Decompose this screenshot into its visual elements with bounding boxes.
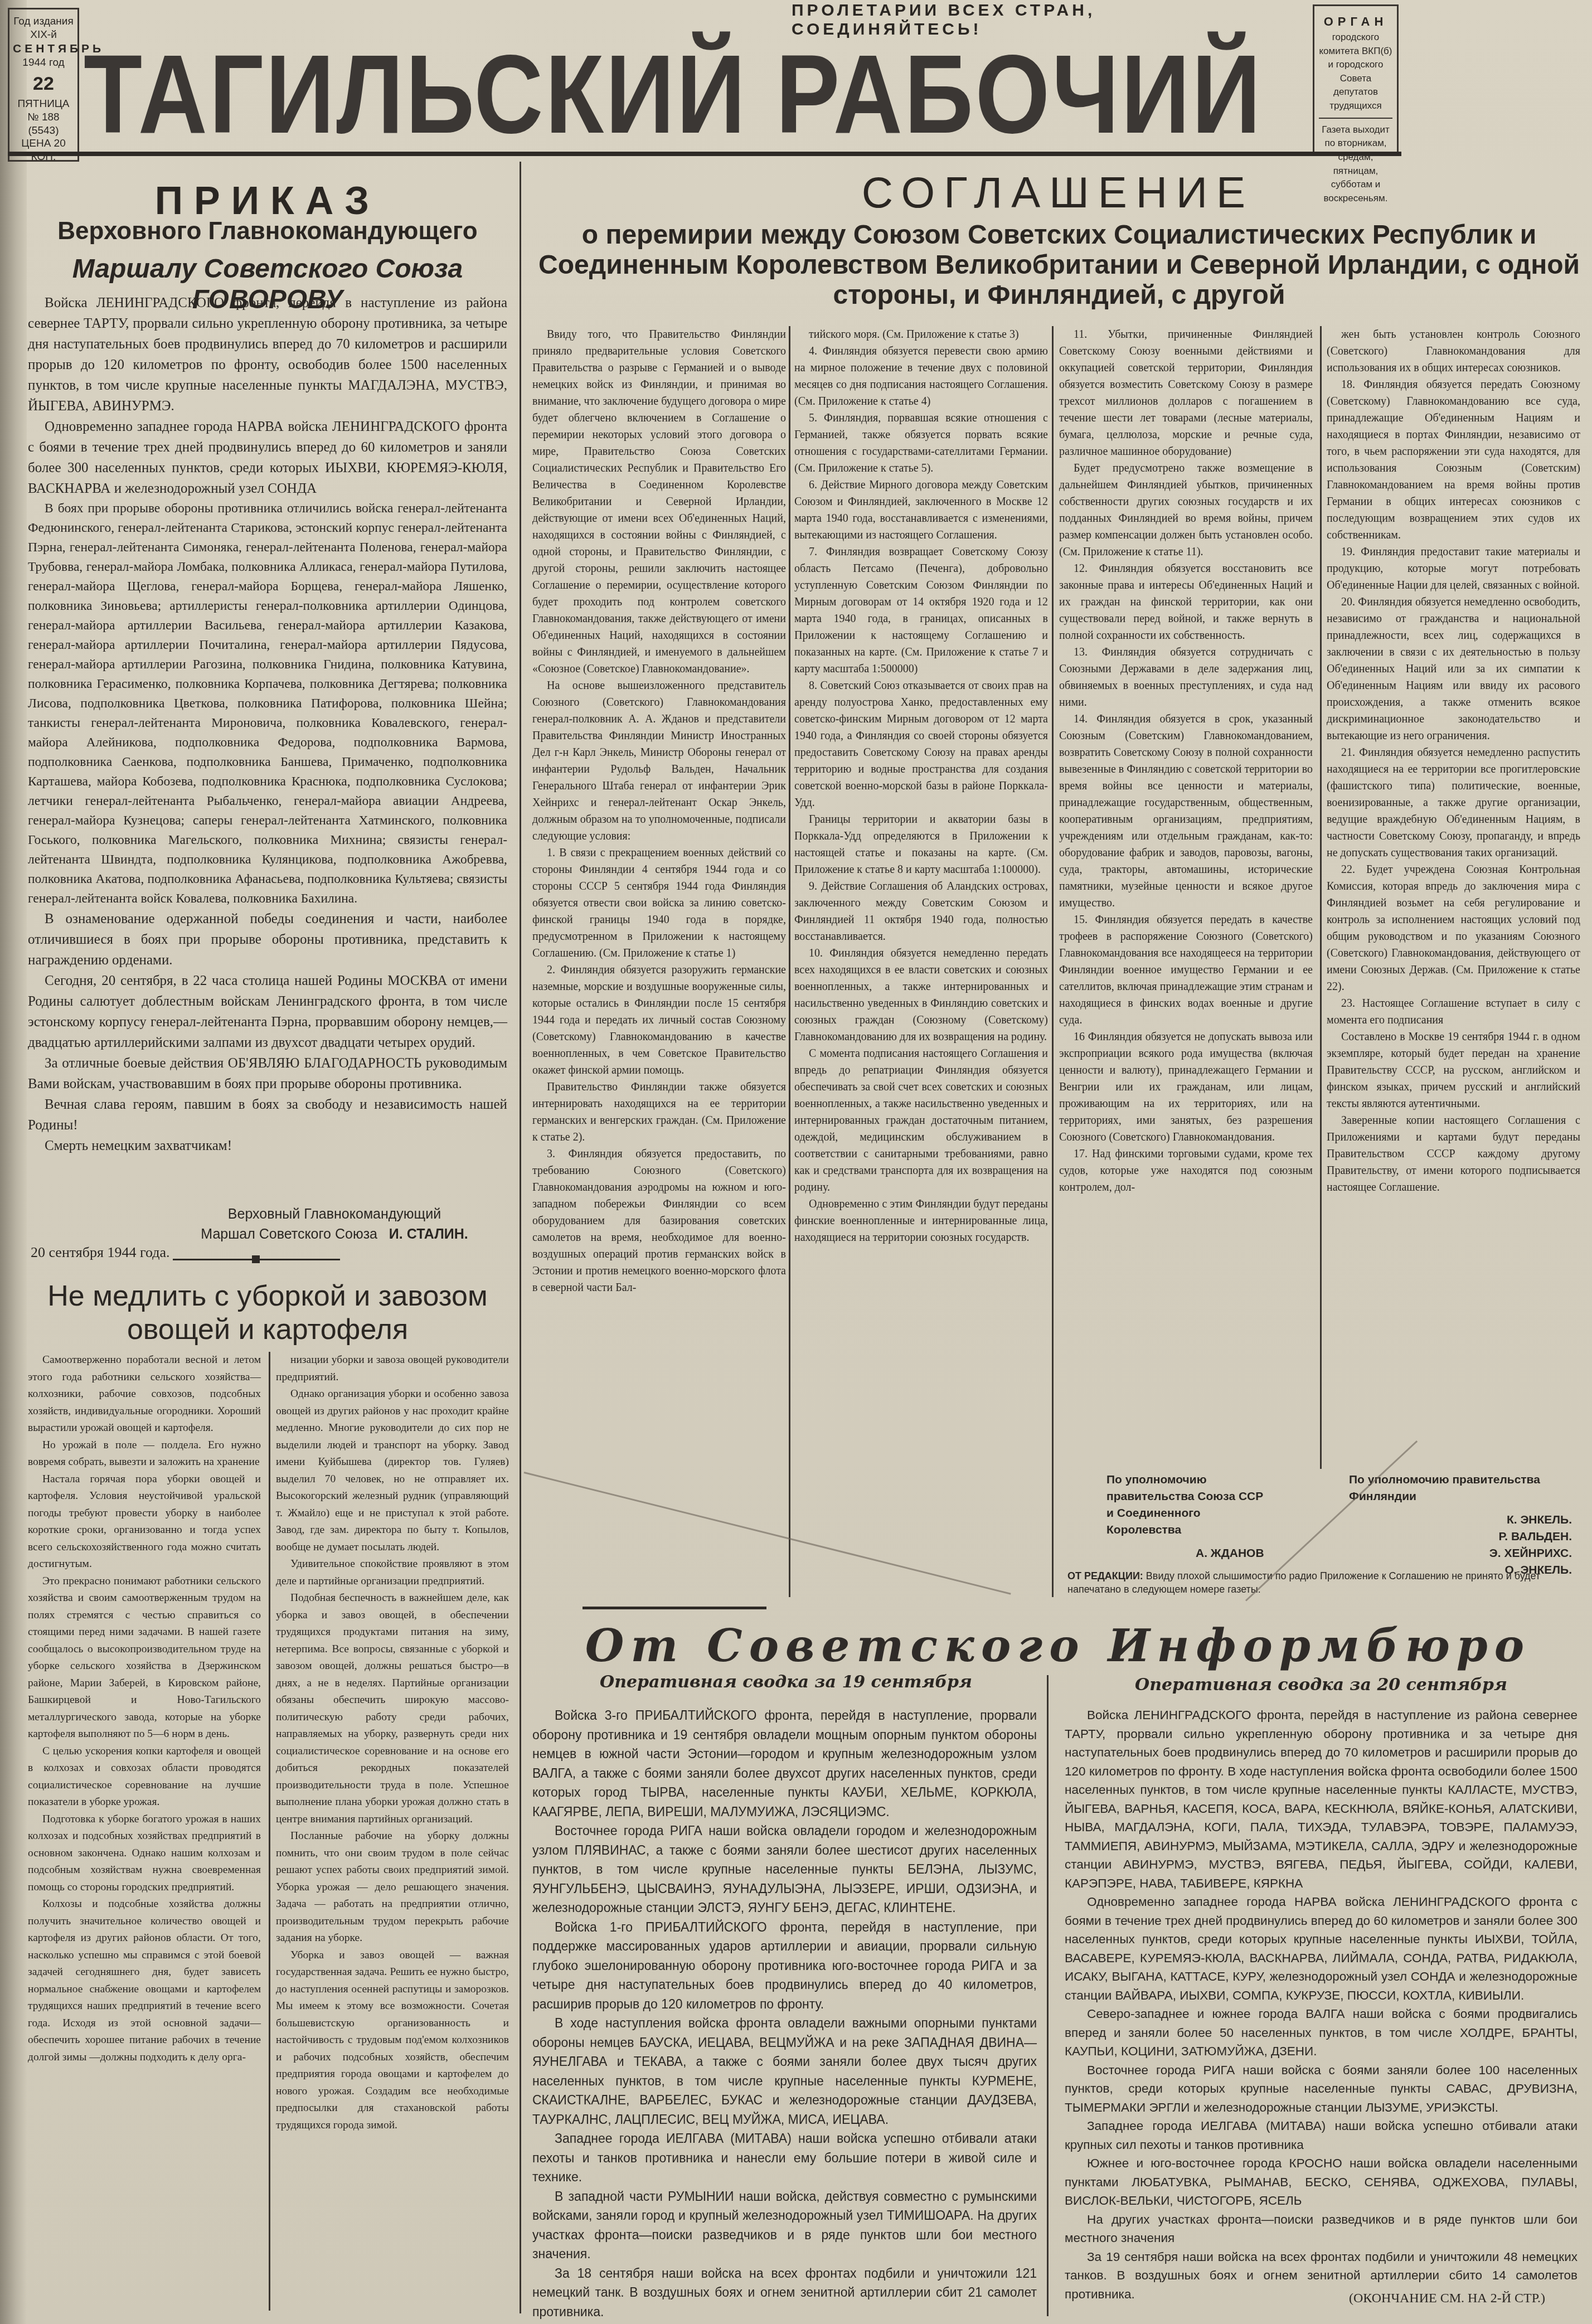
issue-day: 22 (13, 72, 74, 96)
paragraph: Настала горячая пора уборки овощей и кар… (28, 1471, 261, 1573)
paragraph: 11. Убытки, причиненные Финляндией Совет… (1059, 326, 1313, 460)
paragraph: низации уборки и завоза овощей руководит… (276, 1352, 509, 1386)
issue-price: ЦЕНА 20 КОП. (13, 137, 74, 164)
paragraph: 16 Финляндия обязуется не допускать выво… (1059, 1028, 1313, 1146)
order-paragraph: Сегодня, 20 сентября, в 22 часа столица … (28, 971, 507, 1053)
vegetables-column-2: низации уборки и завоза овощей руководит… (276, 1352, 509, 2134)
issue-year: 1944 год (13, 56, 74, 70)
paragraph: Однако организация уборки и особенно зав… (276, 1386, 509, 1556)
divider (1319, 118, 1392, 119)
organ-label: ОРГАН (1319, 13, 1392, 31)
report-heading-19: Оперативная сводка за 19 сентября (535, 1672, 1037, 1692)
paragraph: 10. Финляндия обязуется немедленно перед… (794, 945, 1048, 1045)
paragraph: Самоотверженно поработали весной и летом… (28, 1352, 261, 1437)
binding-edge (0, 0, 27, 2324)
paper-crack (524, 1472, 1011, 1595)
paragraph: 15. Финляндия обязуется передать в качес… (1059, 911, 1313, 1028)
agreement-column-4: жен быть установлен контроль Союзного (С… (1327, 326, 1580, 1196)
paragraph: 1. В связи с прекращением военных действ… (532, 845, 786, 962)
signature-left-label: По уполномочию правительства Союза ССР и… (1106, 1472, 1274, 1539)
paragraph: Колхозы и подсобные хозяйства должны пол… (28, 1896, 261, 2066)
paragraph: На основе вышеизложенного представитель … (532, 677, 786, 845)
paragraph: 19. Финляндия предоставит такие материал… (1327, 544, 1580, 594)
vegetables-column-1: Самоотверженно поработали весной и летом… (28, 1352, 261, 2066)
paragraph: 6. Действие Мирного договора между Совет… (794, 477, 1048, 544)
paragraph: Будет предусмотрено также возмещение в д… (1059, 460, 1313, 560)
paragraph: Восточнее города РИГА наши войска овладе… (532, 1821, 1037, 1918)
signatory: Э. ХЕЙНРИХС. (1349, 1545, 1572, 1562)
report-heading-20: Оперативная сводка за 20 сентября (1065, 1675, 1578, 1695)
paragraph: Западнее города ИЕЛГАВА (МИТАВА) наши во… (1065, 2117, 1578, 2154)
paragraph: Удивительное спокойствие проявляют в это… (276, 1556, 509, 1590)
vegetables-headline: Не медлить с уборкой и завозом овощей и … (22, 1279, 513, 1346)
paragraph: Северо-западнее и южнее города ВАЛГА наш… (1065, 2005, 1578, 2061)
paragraph: Одновременно западнее города НАРВА войск… (1065, 1893, 1578, 2005)
order-paragraph: Вечная слава героям, павшим в боях за св… (28, 1094, 507, 1136)
newspaper-title: ТАГИЛЬСКИЙ РАБОЧИЙ (84, 39, 928, 151)
paragraph: 2. Финляндия обязуется разоружить герман… (532, 962, 786, 1079)
agreement-column-2: тийского моря. (См. Приложение к статье … (794, 326, 1048, 1246)
organ-box: ОРГАН городского комитета ВКП(б) и город… (1313, 4, 1399, 155)
paragraph: 17. Над финскими торговыми судами, кроме… (1059, 1146, 1313, 1196)
order-paragraph: В боях при прорыве обороны противника от… (28, 499, 507, 909)
signature-title: Верховный Главнокомандующий (167, 1204, 502, 1224)
issue-info-box: Год издания XIX-й СЕНТЯБРЬ 1944 год 22 П… (8, 8, 79, 162)
agreement-column-3: 11. Убытки, причиненные Финляндией Совет… (1059, 326, 1313, 1196)
report-20-body: Войска ЛЕНИНГРАДСКОГО фронта, перейдя в … (1065, 1706, 1578, 2303)
report-19-body: Войска 3-го ПРИБАЛТИЙСКОГО фронта, перей… (532, 1706, 1037, 2321)
paragraph: С целью ускорения копки картофеля и овощ… (28, 1743, 261, 1811)
agreement-column-1: Ввиду того, что Правительство Финляндии … (532, 326, 786, 1296)
paragraph: Войска 1-го ПРИБАЛТИЙСКОГО фронта, перей… (532, 1918, 1037, 2014)
order-signature: Верховный Главнокомандующий Маршал Совет… (167, 1204, 502, 1244)
paragraph: Войска ЛЕНИНГРАДСКОГО фронта, перейдя в … (1065, 1706, 1578, 1893)
column-rule (789, 326, 790, 1597)
section-rule (610, 1607, 766, 1609)
paragraph: 9. Действие Соглашения об Аландских остр… (794, 878, 1048, 945)
signature-right-label: По уполномочию правительства Финляндии (1349, 1472, 1572, 1505)
order-date: 20 сентября 1944 года. (31, 1244, 170, 1261)
column-rule (1047, 1675, 1049, 2316)
paragraph: Уборка и завоз овощей — важная государст… (276, 1947, 509, 2134)
paragraph: 12. Финляндия обязуется восстановить все… (1059, 560, 1313, 644)
order-body: Войска ЛЕНИНГРАДСКОГО фронта, перейдя в … (28, 293, 507, 1156)
organ-text: городского комитета ВКП(б) и городского … (1319, 31, 1392, 113)
paragraph: 7. Финляндия возвращает Советскому Союзу… (794, 544, 1048, 677)
paragraph: Западнее города ИЕЛГАВА (МИТАВА) наши во… (532, 2129, 1037, 2187)
editorial-note-label: ОТ РЕДАКЦИИ: (1067, 1570, 1143, 1581)
paragraph: Границы территории и акватории базы в По… (794, 811, 1048, 878)
order-subtitle: Верховного Главнокомандующего (22, 217, 513, 245)
paragraph: 5. Финляндия, порвавшая всякие отношения… (794, 410, 1048, 477)
paragraph: Подготовка к уборке богатого урожая в на… (28, 1811, 261, 1896)
paragraph: Это прекрасно понимают работники сельско… (28, 1573, 261, 1743)
year-of-issue: Год издания XIX-й (13, 15, 74, 42)
paragraph: 21. Финляндия обязуется немедленно распу… (1327, 744, 1580, 861)
order-title: ПРИКАЗ (22, 178, 513, 223)
issue-month: СЕНТЯБРЬ (13, 42, 74, 56)
paragraph: жен быть установлен контроль Союзного (С… (1327, 326, 1580, 376)
paragraph: 20. Финляндия обязуется немедленно освоб… (1327, 594, 1580, 744)
signature-name: И. СТАЛИН. (389, 1226, 468, 1242)
paragraph: С момента подписания настоящего Соглашен… (794, 1045, 1048, 1196)
paragraph: Восточнее города РИГА наши войска с боям… (1065, 2061, 1578, 2117)
paragraph: В ходе наступления войска фронта овладел… (532, 2014, 1037, 2129)
paragraph: Ввиду того, что Правительство Финляндии … (532, 326, 786, 677)
issue-number: № 188 (5543) (13, 111, 74, 138)
paragraph: тийского моря. (См. Приложение к статье … (794, 326, 1048, 343)
paragraph: 3. Финляндия обязуется предоставить, по … (532, 1146, 786, 1296)
continuation-note: (ОКОНЧАНИЕ СМ. НА 2-Й СТР.) (1349, 2291, 1545, 2306)
paragraph: Правительство Финляндии также обязуется … (532, 1079, 786, 1146)
paragraph: 8. Советский Союз отказывается от своих … (794, 677, 1048, 811)
signature-left-name: А. ЖДАНОВ (1106, 1545, 1274, 1562)
signature-left: По уполномочию правительства Союза ССР и… (1106, 1472, 1274, 1562)
signatory: К. ЭНКЕЛЬ. (1349, 1512, 1572, 1529)
paragraph: 18. Финляндия обязуется передать Союзном… (1327, 376, 1580, 544)
order-paragraph: Войска ЛЕНИНГРАДСКОГО фронта, перейдя в … (28, 293, 507, 416)
editorial-note: ОТ РЕДАКЦИИ: Ввиду плохой слышимости по … (1067, 1569, 1580, 1596)
agreement-title: СОГЛАШЕНИЕ (524, 167, 1592, 218)
paragraph: Составлено в Москве 19 сентября 1944 г. … (1327, 1028, 1580, 1112)
paragraph: 23. Настоящее Соглашение вступает в силу… (1327, 995, 1580, 1028)
paragraph: 13. Финляндия обязуется сотрудничать с С… (1059, 644, 1313, 711)
order-paragraph: Смерть немецким захватчикам! (28, 1136, 507, 1156)
section-rule (520, 162, 521, 2313)
separator-ornament (252, 1255, 260, 1263)
column-rule (1320, 326, 1322, 1469)
column-rule (1052, 326, 1054, 1597)
signature-right: По уполномочию правительства Финляндии К… (1349, 1472, 1572, 1579)
paragraph: За 18 сентября наши войска на всех фронт… (532, 2264, 1037, 2322)
paragraph: Одновременно с этим Финляндии будут пере… (794, 1196, 1048, 1246)
paragraph: На других участках фронта—поиски разведч… (1065, 2210, 1578, 2248)
order-paragraph: Одновременно западнее города НАРВА войск… (28, 416, 507, 499)
paragraph: Заверенные копии настоящего Соглашения с… (1327, 1112, 1580, 1196)
signature-rank: Маршал Советского Союза (201, 1226, 377, 1242)
signature-rank-name: Маршал Советского Союза И. СТАЛИН. (167, 1224, 502, 1244)
paragraph: 22. Будет учреждена Союзная Контрольная … (1327, 861, 1580, 995)
paragraph: Южнее и юго-восточнее города КРОСНО наши… (1065, 2154, 1578, 2210)
sovinformburo-title: От Советского Информбюро (524, 1619, 1592, 1672)
agreement-subtitle: о перемирии между Союзом Советских Социа… (535, 220, 1583, 310)
paragraph: Подобная беспечность в важнейшем деле, к… (276, 1590, 509, 1828)
paragraph: Войска 3-го ПРИБАЛТИЙСКОГО фронта, перей… (532, 1706, 1037, 1821)
order-paragraph: За отличные боевые действия ОБ'ЯВЛЯЮ БЛА… (28, 1053, 507, 1094)
column-rule (269, 1352, 270, 2311)
signatory: Р. ВАЛЬДЕН. (1349, 1529, 1572, 1545)
paragraph: Но урожай в поле — полдела. Его нужно во… (28, 1437, 261, 1471)
paragraph: 14. Финляндия обязуется в срок, указанны… (1059, 711, 1313, 911)
paragraph: 4. Финляндия обязуется перевести свою ар… (794, 343, 1048, 410)
paragraph: Посланные рабочие на уборку должны помни… (276, 1828, 509, 1947)
masthead-rule (8, 152, 1401, 156)
order-paragraph: В ознаменование одержанной победы соедин… (28, 909, 507, 971)
newspaper-page: Год издания XIX-й СЕНТЯБРЬ 1944 год 22 П… (0, 0, 1592, 2324)
issue-weekday: ПЯТНИЦА (13, 98, 74, 111)
paragraph: В западной части РУМЫНИИ наши войска, де… (532, 2187, 1037, 2264)
